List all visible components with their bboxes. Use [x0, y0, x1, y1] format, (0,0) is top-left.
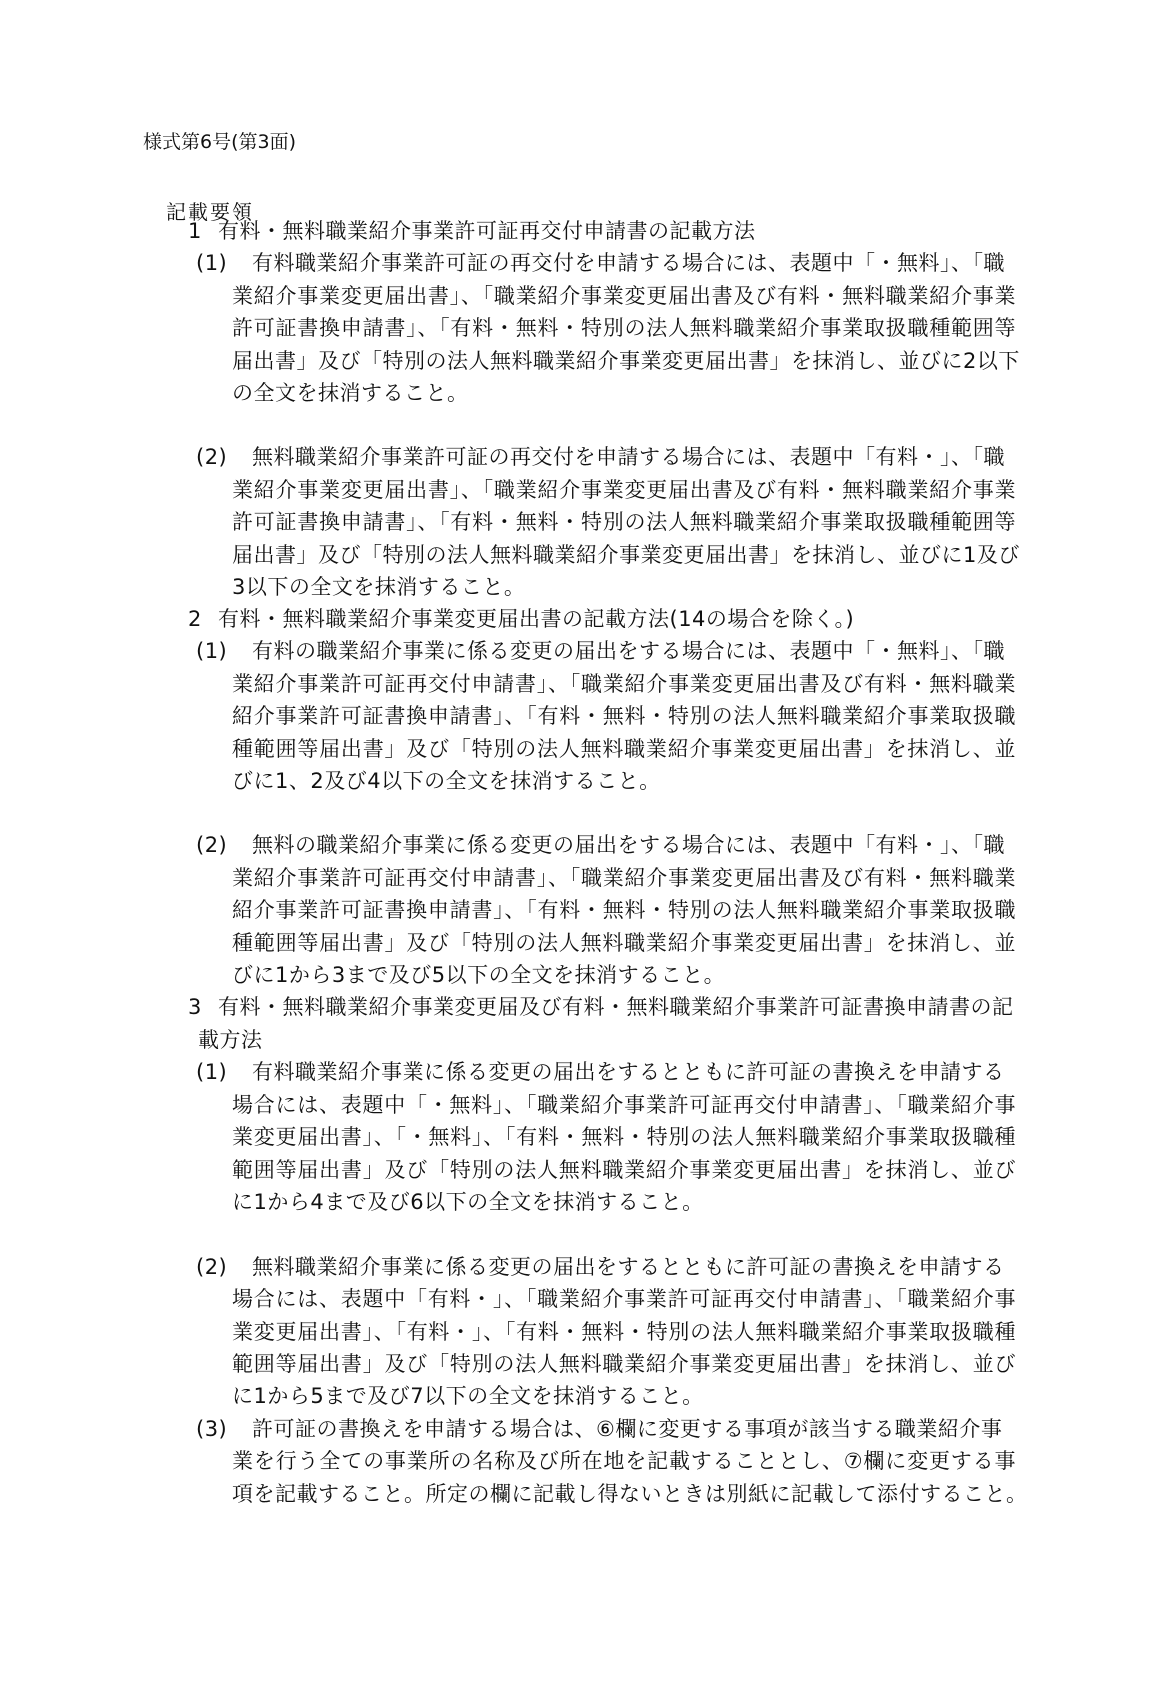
document-page: 様式第6号(第3面) 記載要領 1有料・無料職業紹介事業許可証再交付申請書の記載… [0, 0, 1166, 1694]
section-title-text: 有料・無料職業紹介事業変更届及び有料・無料職業紹介事業許可証書換申請書の記 [218, 995, 1014, 1019]
item-3-1-line-3: 業変更届出書」、「・無料」、「有料・無料・特別の法人無料職業紹介事業取扱職種 [232, 1122, 1016, 1152]
item-2-2-line-4: 種範囲等届出書」及び「特別の法人無料職業紹介事業変更届出書」を抹消し、並 [232, 928, 1016, 958]
item-3-1-line-1: (1)有料職業紹介事業に係る変更の届出をするとともに許可証の書換えを申請する [196, 1057, 1005, 1087]
item-3-3-line-2: 業を行う全ての事業所の名称及び所在地を記載することとし、⑦欄に変更する事 [232, 1446, 1016, 1476]
item-2-2-line-1: (2)無料の職業紹介事業に係る変更の届出をする場合には、表題中「有料・」、「職 [196, 830, 1005, 860]
item-1-1-line-4: 届出書」及び「特別の法人無料職業紹介事業変更届出書」を抹消し、並びに2以下 [232, 346, 1016, 376]
item-2-1-line-5: びに1、2及び4以下の全文を抹消すること。 [232, 766, 661, 796]
item-3-1-line-5: に1から4まで及び6以下の全文を抹消すること。 [232, 1187, 704, 1217]
section-title-text: 有料・無料職業紹介事業許可証再交付申請書の記載方法 [218, 219, 756, 243]
item-1-2-line-3: 許可証書換申請書」、「有料・無料・特別の法人無料職業紹介事業取扱職種範囲等 [232, 507, 1016, 537]
form-number: 様式第6号(第3面) [143, 127, 296, 154]
section-3-title: 3有料・無料職業紹介事業変更届及び有料・無料職業紹介事業許可証書換申請書の記 [188, 992, 1014, 1022]
item-number: (2) [196, 830, 252, 860]
section-number: 2 [188, 604, 218, 634]
item-3-2-line-4: 範囲等届出書」及び「特別の法人無料職業紹介事業変更届出書」を抹消し、並び [232, 1349, 1016, 1379]
item-3-1-line-4: 範囲等届出書」及び「特別の法人無料職業紹介事業変更届出書」を抹消し、並び [232, 1155, 1016, 1185]
item-text: 無料職業紹介事業に係る変更の届出をするとともに許可証の書換えを申請する [252, 1255, 1005, 1279]
section-number: 3 [188, 992, 218, 1022]
item-number: (1) [196, 636, 252, 666]
item-3-2-line-3: 業変更届出書」、「有料・」、「有料・無料・特別の法人無料職業紹介事業取扱職種 [232, 1317, 1016, 1347]
item-2-1-line-2: 業紹介事業許可証再交付申請書」、「職業紹介事業変更届出書及び有料・無料職業 [232, 669, 1016, 699]
item-1-1-line-5: の全文を抹消すること。 [232, 378, 469, 408]
item-number: (2) [196, 1252, 252, 1282]
item-3-3-line-1: (3)許可証の書換えを申請する場合は、⑥欄に変更する事項が該当する職業紹介事 [196, 1414, 1002, 1444]
item-text: 無料の職業紹介事業に係る変更の届出をする場合には、表題中「有料・」、「職 [252, 833, 1005, 857]
item-3-2-line-1: (2)無料職業紹介事業に係る変更の届出をするとともに許可証の書換えを申請する [196, 1252, 1005, 1282]
item-2-2-line-2: 業紹介事業許可証再交付申請書」、「職業紹介事業変更届出書及び有料・無料職業 [232, 863, 1016, 893]
item-2-1-line-4: 種範囲等届出書」及び「特別の法人無料職業紹介事業変更届出書」を抹消し、並 [232, 734, 1016, 764]
item-text: 無料職業紹介事業許可証の再交付を申請する場合には、表題中「有料・」、「職 [252, 445, 1005, 469]
section-title-text: 有料・無料職業紹介事業変更届出書の記載方法(14の場合を除く。) [218, 607, 854, 631]
item-text: 許可証の書換えを申請する場合は、⑥欄に変更する事項が該当する職業紹介事 [252, 1417, 1002, 1441]
item-text: 有料職業紹介事業に係る変更の届出をするとともに許可証の書換えを申請する [252, 1060, 1005, 1084]
item-1-2-line-2: 業紹介事業変更届出書」、「職業紹介事業変更届出書及び有料・無料職業紹介事業 [232, 475, 1016, 505]
item-3-2-line-2: 場合には、表題中「有料・」、「職業紹介事業許可証再交付申請書」、「職業紹介事 [232, 1284, 1016, 1314]
item-number: (1) [196, 248, 252, 278]
section-number: 1 [188, 216, 218, 246]
item-3-1-line-2: 場合には、表題中「・無料」、「職業紹介事業許可証再交付申請書」、「職業紹介事 [232, 1090, 1016, 1120]
item-3-3-line-3: 項を記載すること。所定の欄に記載し得ないときは別紙に記載して添付すること。 [232, 1479, 1016, 1509]
item-2-1-line-1: (1)有料の職業紹介事業に係る変更の届出をする場合には、表題中「・無料」、「職 [196, 636, 1005, 666]
item-1-2-line-1: (2)無料職業紹介事業許可証の再交付を申請する場合には、表題中「有料・」、「職 [196, 442, 1005, 472]
item-2-2-line-5: びに1から3まで及び5以下の全文を抹消すること。 [232, 960, 725, 990]
item-1-1-line-2: 業紹介事業変更届出書」、「職業紹介事業変更届出書及び有料・無料職業紹介事業 [232, 281, 1016, 311]
item-1-2-line-4: 届出書」及び「特別の法人無料職業紹介事業変更届出書」を抹消し、並びに1及び [232, 540, 1016, 570]
item-2-1-line-3: 紹介事業許可証書換申請書」、「有料・無料・特別の法人無料職業紹介事業取扱職 [232, 701, 1016, 731]
item-number: (2) [196, 442, 252, 472]
item-text: 有料職業紹介事業許可証の再交付を申請する場合には、表題中「・無料」、「職 [252, 251, 1005, 275]
item-2-2-line-3: 紹介事業許可証書換申請書」、「有料・無料・特別の法人無料職業紹介事業取扱職 [232, 895, 1016, 925]
item-number: (1) [196, 1057, 252, 1087]
item-3-2-line-5: に1から5まで及び7以下の全文を抹消すること。 [232, 1381, 704, 1411]
item-1-1-line-1: (1)有料職業紹介事業許可証の再交付を申請する場合には、表題中「・無料」、「職 [196, 248, 1005, 278]
item-1-1-line-3: 許可証書換申請書」、「有料・無料・特別の法人無料職業紹介事業取扱職種範囲等 [232, 313, 1016, 343]
item-1-2-line-5: 3以下の全文を抹消すること。 [232, 572, 525, 602]
item-text: 有料の職業紹介事業に係る変更の届出をする場合には、表題中「・無料」、「職 [252, 639, 1005, 663]
item-number: (3) [196, 1414, 252, 1444]
section-1-title: 1有料・無料職業紹介事業許可証再交付申請書の記載方法 [188, 216, 756, 246]
section-2-title: 2有料・無料職業紹介事業変更届出書の記載方法(14の場合を除く。) [188, 604, 854, 634]
section-3-title-line-2: 載方法 [198, 1025, 263, 1055]
